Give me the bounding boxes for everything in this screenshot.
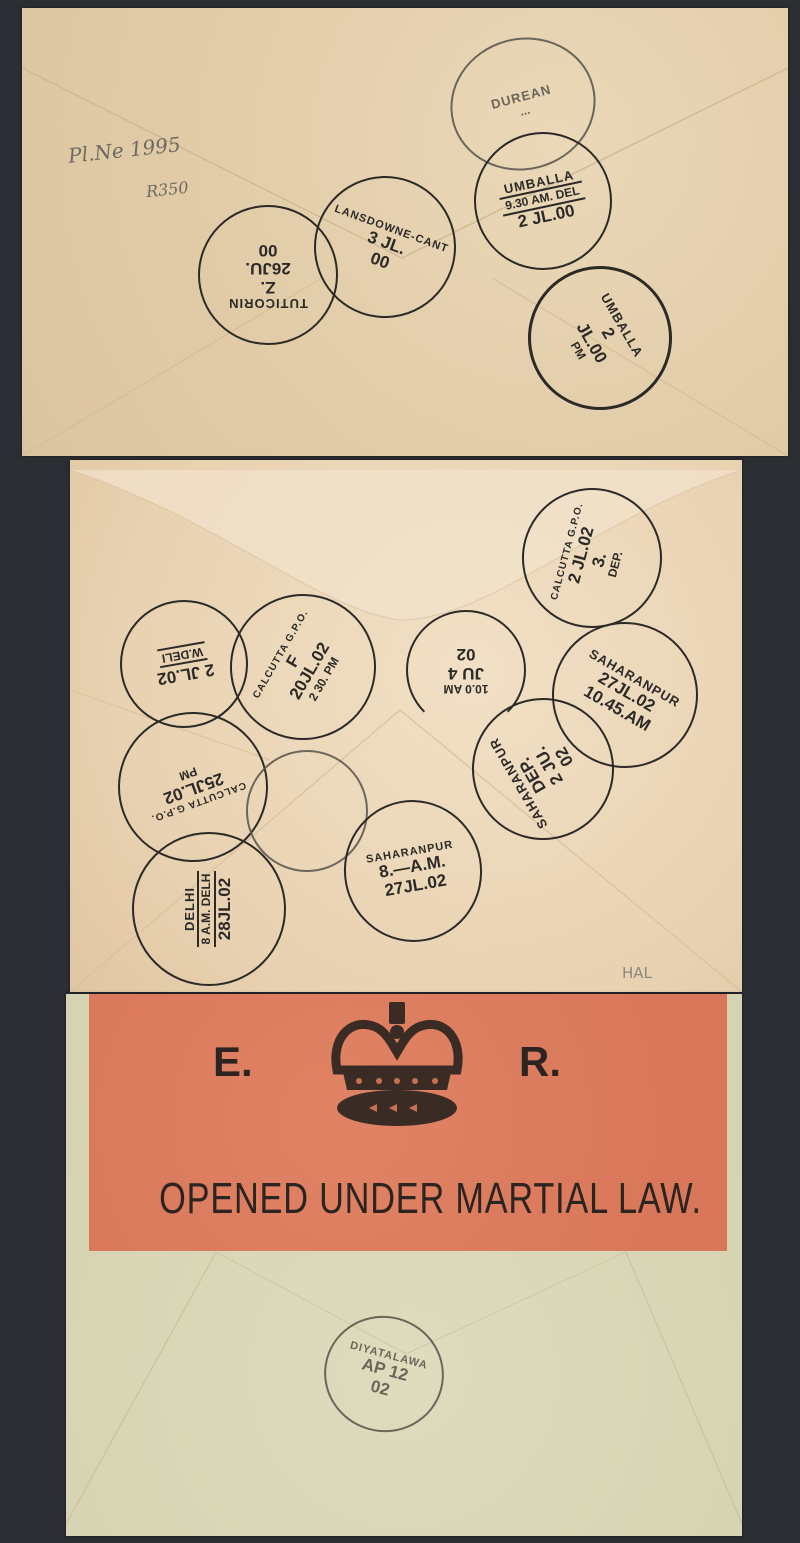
envelope-1: Pl.Ne 1995 R350 TUTICORIN Z. 26JU. 00 LA… <box>22 8 788 456</box>
postmark-delhi: DELHI 8 A.M. DELH 28JL.02 <box>132 832 286 986</box>
pencil-note: Pl.Ne 1995 <box>67 132 182 168</box>
pencil-price: R350 <box>145 178 189 201</box>
envelope-2: CALCUTTA G.P.O. 2 JL.02 3. DEP. 2 JL.02 … <box>70 460 742 992</box>
postmark-diyatalawa: DIYATALAWA AP 12 02 <box>311 1302 457 1445</box>
censor-label: E. R. OPENED UNDER MARTIAL LAW. <box>89 994 727 1251</box>
postmark-calcutta-dep: CALCUTTA G.P.O. 2 JL.02 3. DEP. <box>506 472 677 643</box>
pencil-note: HAL <box>622 964 652 982</box>
crown-icon <box>329 1000 465 1128</box>
label-letter-r: R. <box>519 1038 561 1086</box>
label-letter-e: E. <box>213 1038 253 1086</box>
censor-headline: OPENED UNDER MARTIAL LAW. <box>159 1174 657 1224</box>
